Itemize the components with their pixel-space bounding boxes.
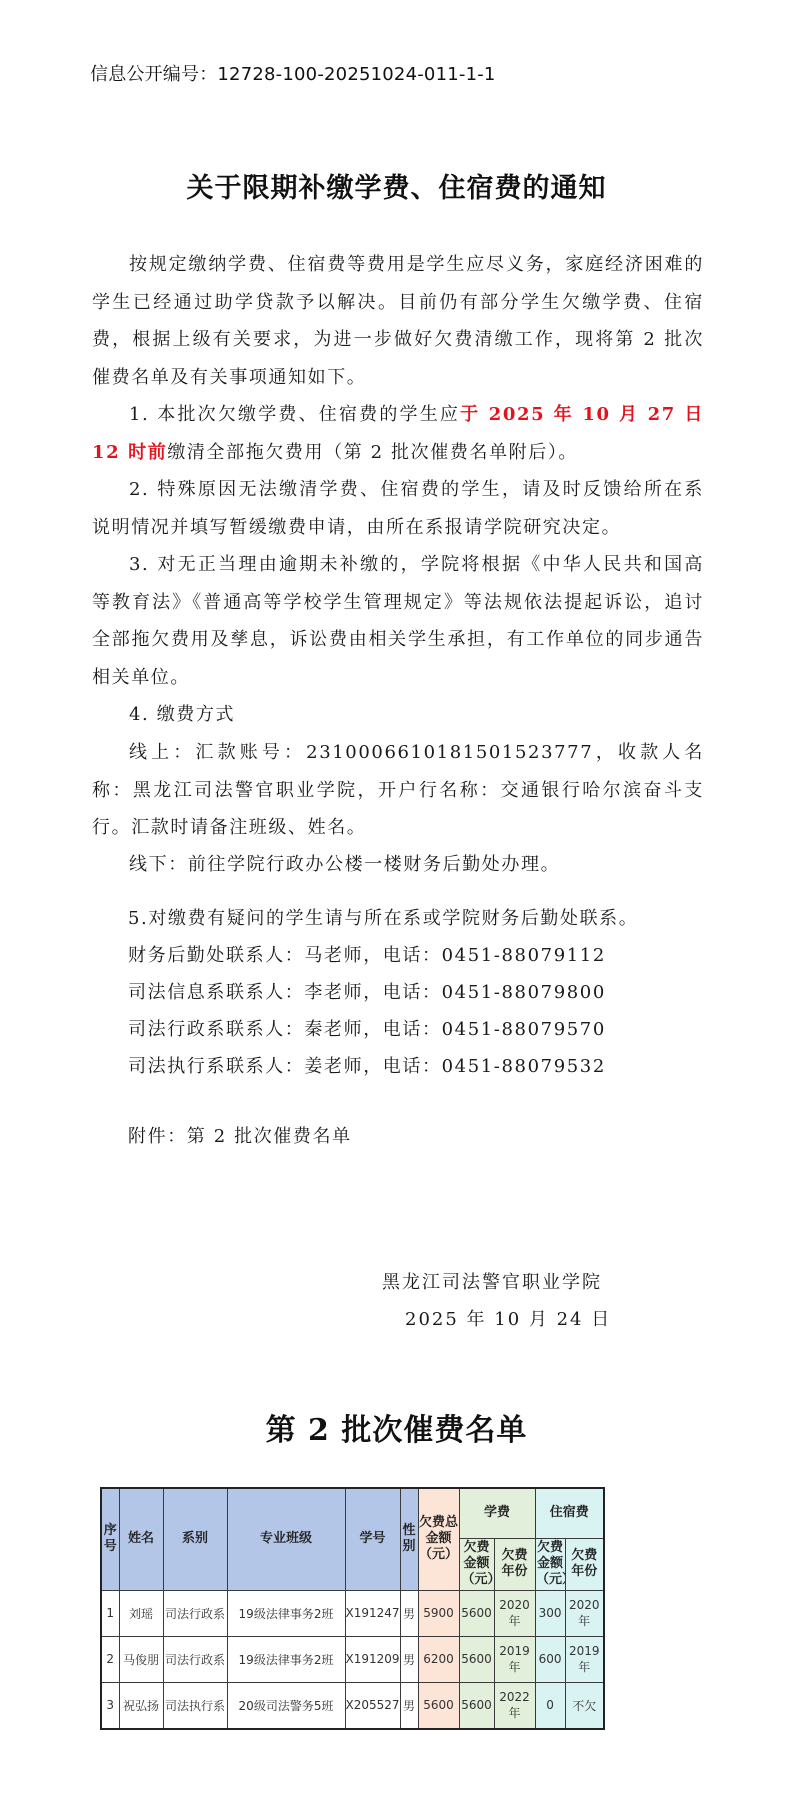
cell-tuition-amount: 5600 [459, 1590, 494, 1636]
header-dorm-amount: 欠费金额（元） [535, 1538, 565, 1590]
header-gender: 性别 [400, 1488, 418, 1590]
cell-dorm-year: 不欠 [565, 1682, 604, 1729]
header-name: 姓名 [119, 1488, 163, 1590]
cell-tuition-amount: 5600 [459, 1636, 494, 1682]
item-2-paragraph: 2. 特殊原因无法缴清学费、住宿费的学生，请及时反馈给所在系说明情况并填写暂缓缴… [92, 471, 704, 546]
cell-tuition-year: 2020年 [494, 1590, 535, 1636]
header-seq: 序号 [101, 1488, 119, 1590]
cell-name: 祝弘扬 [119, 1682, 163, 1729]
cell-gender: 男 [400, 1590, 418, 1636]
cell-tuition-amount: 5600 [459, 1682, 494, 1729]
notice-title: 关于限期补缴学费、住宿费的通知 [0, 166, 793, 205]
item-1-paragraph: 1. 本批次欠缴学费、住宿费的学生应于 2025 年 10 月 27 日 12 … [92, 396, 704, 471]
cell-total: 5600 [418, 1682, 459, 1729]
cell-dorm-amount: 0 [535, 1682, 565, 1729]
list-title: 第 2 批次催费名单 [0, 1405, 793, 1449]
cell-class: 19级法律事务2班 [227, 1636, 345, 1682]
item-4-offline: 线下：前往学院行政办公楼一楼财务后勤处办理。 [92, 846, 704, 884]
item-4-online: 线上：汇款账号：2310006610181501523777，收款人名称：黑龙江… [92, 734, 704, 847]
item-4-title: 4. 缴费方式 [92, 696, 704, 734]
header-dorm-group: 住宿费 [535, 1488, 604, 1538]
cell-name: 刘瑶 [119, 1590, 163, 1636]
info-number-value: 12728-100-20251024-011-1-1 [217, 64, 495, 85]
cell-seq: 1 [101, 1590, 119, 1636]
cell-dept: 司法行政系 [163, 1590, 227, 1636]
contact-info-dept: 司法信息系联系人：李老师，电话：0451-88079800 [128, 974, 606, 1011]
header-student-id: 学号 [345, 1488, 400, 1590]
signature-date: 2025 年 10 月 24 日 [405, 1305, 611, 1331]
info-number-label: 信息公开编号： [90, 64, 217, 85]
header-total: 欠费总金额（元） [418, 1488, 459, 1590]
cell-seq: 2 [101, 1636, 119, 1682]
cell-tuition-year: 2019年 [494, 1636, 535, 1682]
cell-total: 5900 [418, 1590, 459, 1636]
cell-dept: 司法行政系 [163, 1636, 227, 1682]
item-1-prefix: 1. 本批次欠缴学费、住宿费的学生应 [129, 404, 460, 425]
contact-exec-dept: 司法执行系联系人：姜老师，电话：0451-88079532 [128, 1048, 606, 1085]
cell-class: 19级法律事务2班 [227, 1590, 345, 1636]
header-tuition-amount: 欠费金额（元） [459, 1538, 494, 1590]
info-disclosure-number: 信息公开编号：12728-100-20251024-011-1-1 [90, 60, 496, 86]
cell-tuition-year: 2022年 [494, 1682, 535, 1729]
signature-organization: 黑龙江司法警官职业学院 [382, 1268, 602, 1294]
cell-dorm-amount: 600 [535, 1636, 565, 1682]
item-5-title: 5.对缴费有疑问的学生请与所在系或学院财务后勤处联系。 [128, 900, 638, 937]
cell-dorm-amount: 300 [535, 1590, 565, 1636]
cell-gender: 男 [400, 1636, 418, 1682]
cell-dept: 司法执行系 [163, 1682, 227, 1729]
header-tuition-year: 欠费年份 [494, 1538, 535, 1590]
arrears-table: 序号 姓名 系别 专业班级 学号 性别 欠费总金额（元） 学费 住宿费 欠费金额… [100, 1487, 605, 1730]
cell-dorm-year: 2020年 [565, 1590, 604, 1636]
intro-paragraph: 按规定缴纳学费、住宿费等费用是学生应尽义务，家庭经济困难的学生已经通过助学贷款予… [92, 246, 704, 396]
cell-student-id: X205527 [345, 1682, 400, 1729]
cell-total: 6200 [418, 1636, 459, 1682]
table-row: 3 祝弘扬 司法执行系 20级司法警务5班 X205527 男 5600 560… [101, 1682, 604, 1729]
cell-student-id: X191247 [345, 1590, 400, 1636]
cell-gender: 男 [400, 1682, 418, 1729]
cell-class: 20级司法警务5班 [227, 1682, 345, 1729]
cell-name: 马俊朋 [119, 1636, 163, 1682]
cell-dorm-year: 2019年 [565, 1636, 604, 1682]
cell-student-id: X191209 [345, 1636, 400, 1682]
header-tuition-group: 学费 [459, 1488, 535, 1538]
table-row: 1 刘瑶 司法行政系 19级法律事务2班 X191247 男 5900 5600… [101, 1590, 604, 1636]
attachment-note: 附件：第 2 批次催费名单 [128, 1118, 352, 1155]
contact-finance: 财务后勤处联系人：马老师，电话：0451-88079112 [128, 937, 606, 974]
header-dept: 系别 [163, 1488, 227, 1590]
item-1-suffix: 缴清全部拖欠费用（第 2 批次催费名单附后）。 [167, 442, 578, 463]
header-class: 专业班级 [227, 1488, 345, 1590]
item-3-paragraph: 3. 对无正当理由逾期未补缴的，学院将根据《中华人民共和国高等教育法》《普通高等… [92, 546, 704, 696]
header-dorm-year: 欠费年份 [565, 1538, 604, 1590]
contact-admin-dept: 司法行政系联系人：秦老师，电话：0451-88079570 [128, 1011, 606, 1048]
cell-seq: 3 [101, 1682, 119, 1729]
table-row: 2 马俊朋 司法行政系 19级法律事务2班 X191209 男 6200 560… [101, 1636, 604, 1682]
